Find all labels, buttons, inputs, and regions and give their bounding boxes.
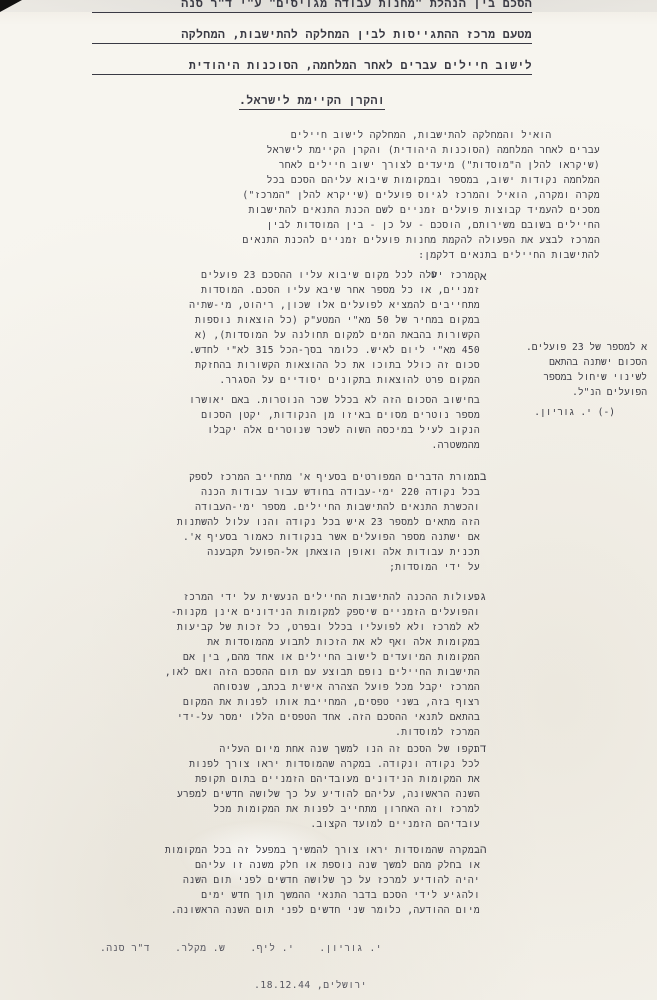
signatures: י. גוריון. י. ליף. ש. מקלר. ד"ר סנה.: [100, 943, 382, 954]
section-a-paragraph-2: בחישוב הסכום הזה לא בכלל שכר הנוטרות. בא…: [40, 393, 480, 453]
scan-corner: [0, 0, 22, 12]
section-b-text: תמורת הדברים המפורטים בסעיף א' מתחייב המ…: [40, 470, 480, 575]
title-line-2: מטעם מרכז ההתגייסות לבין המחלקה להתישבות…: [92, 27, 532, 44]
section-a-text: המרכז יעלה לכל מקום שיבוא עליו ההסכם 23 …: [40, 268, 480, 388]
section-e-text: במקרה שהמוסדות יראו צורך להמשיך במפעל זה…: [4, 843, 480, 918]
section-c-text: פעולות ההכנה להתישבות החיילים הנעשית על …: [40, 590, 480, 740]
intro-paragraph: הואיל והמחלקה להתישבות, המחלקה לישוב חיי…: [242, 128, 600, 263]
title-line-4: והקרן הקיימת לישראל.: [239, 93, 385, 110]
section-d-text: תקפו של הסכם זה הנו למשך שנה אחת מיום הע…: [40, 742, 480, 832]
place-date: ירושלים, 18.12.44.: [254, 980, 367, 991]
title-line-3: לישוב חיילים עברים לאחר המלחמה, הסוכנות …: [92, 58, 532, 75]
side-note: א למספר של 23 פועלים. הסכום ישתנה בהתאם …: [526, 340, 647, 400]
document-title: הסכם בין הנהלת "מחנות עבודה מגויסים" ע"י…: [92, 0, 532, 124]
side-signature: (-) י. גוריון.: [534, 405, 615, 420]
title-line-1: הסכם בין הנהלת "מחנות עבודה מגויסים" ע"י…: [92, 0, 532, 13]
